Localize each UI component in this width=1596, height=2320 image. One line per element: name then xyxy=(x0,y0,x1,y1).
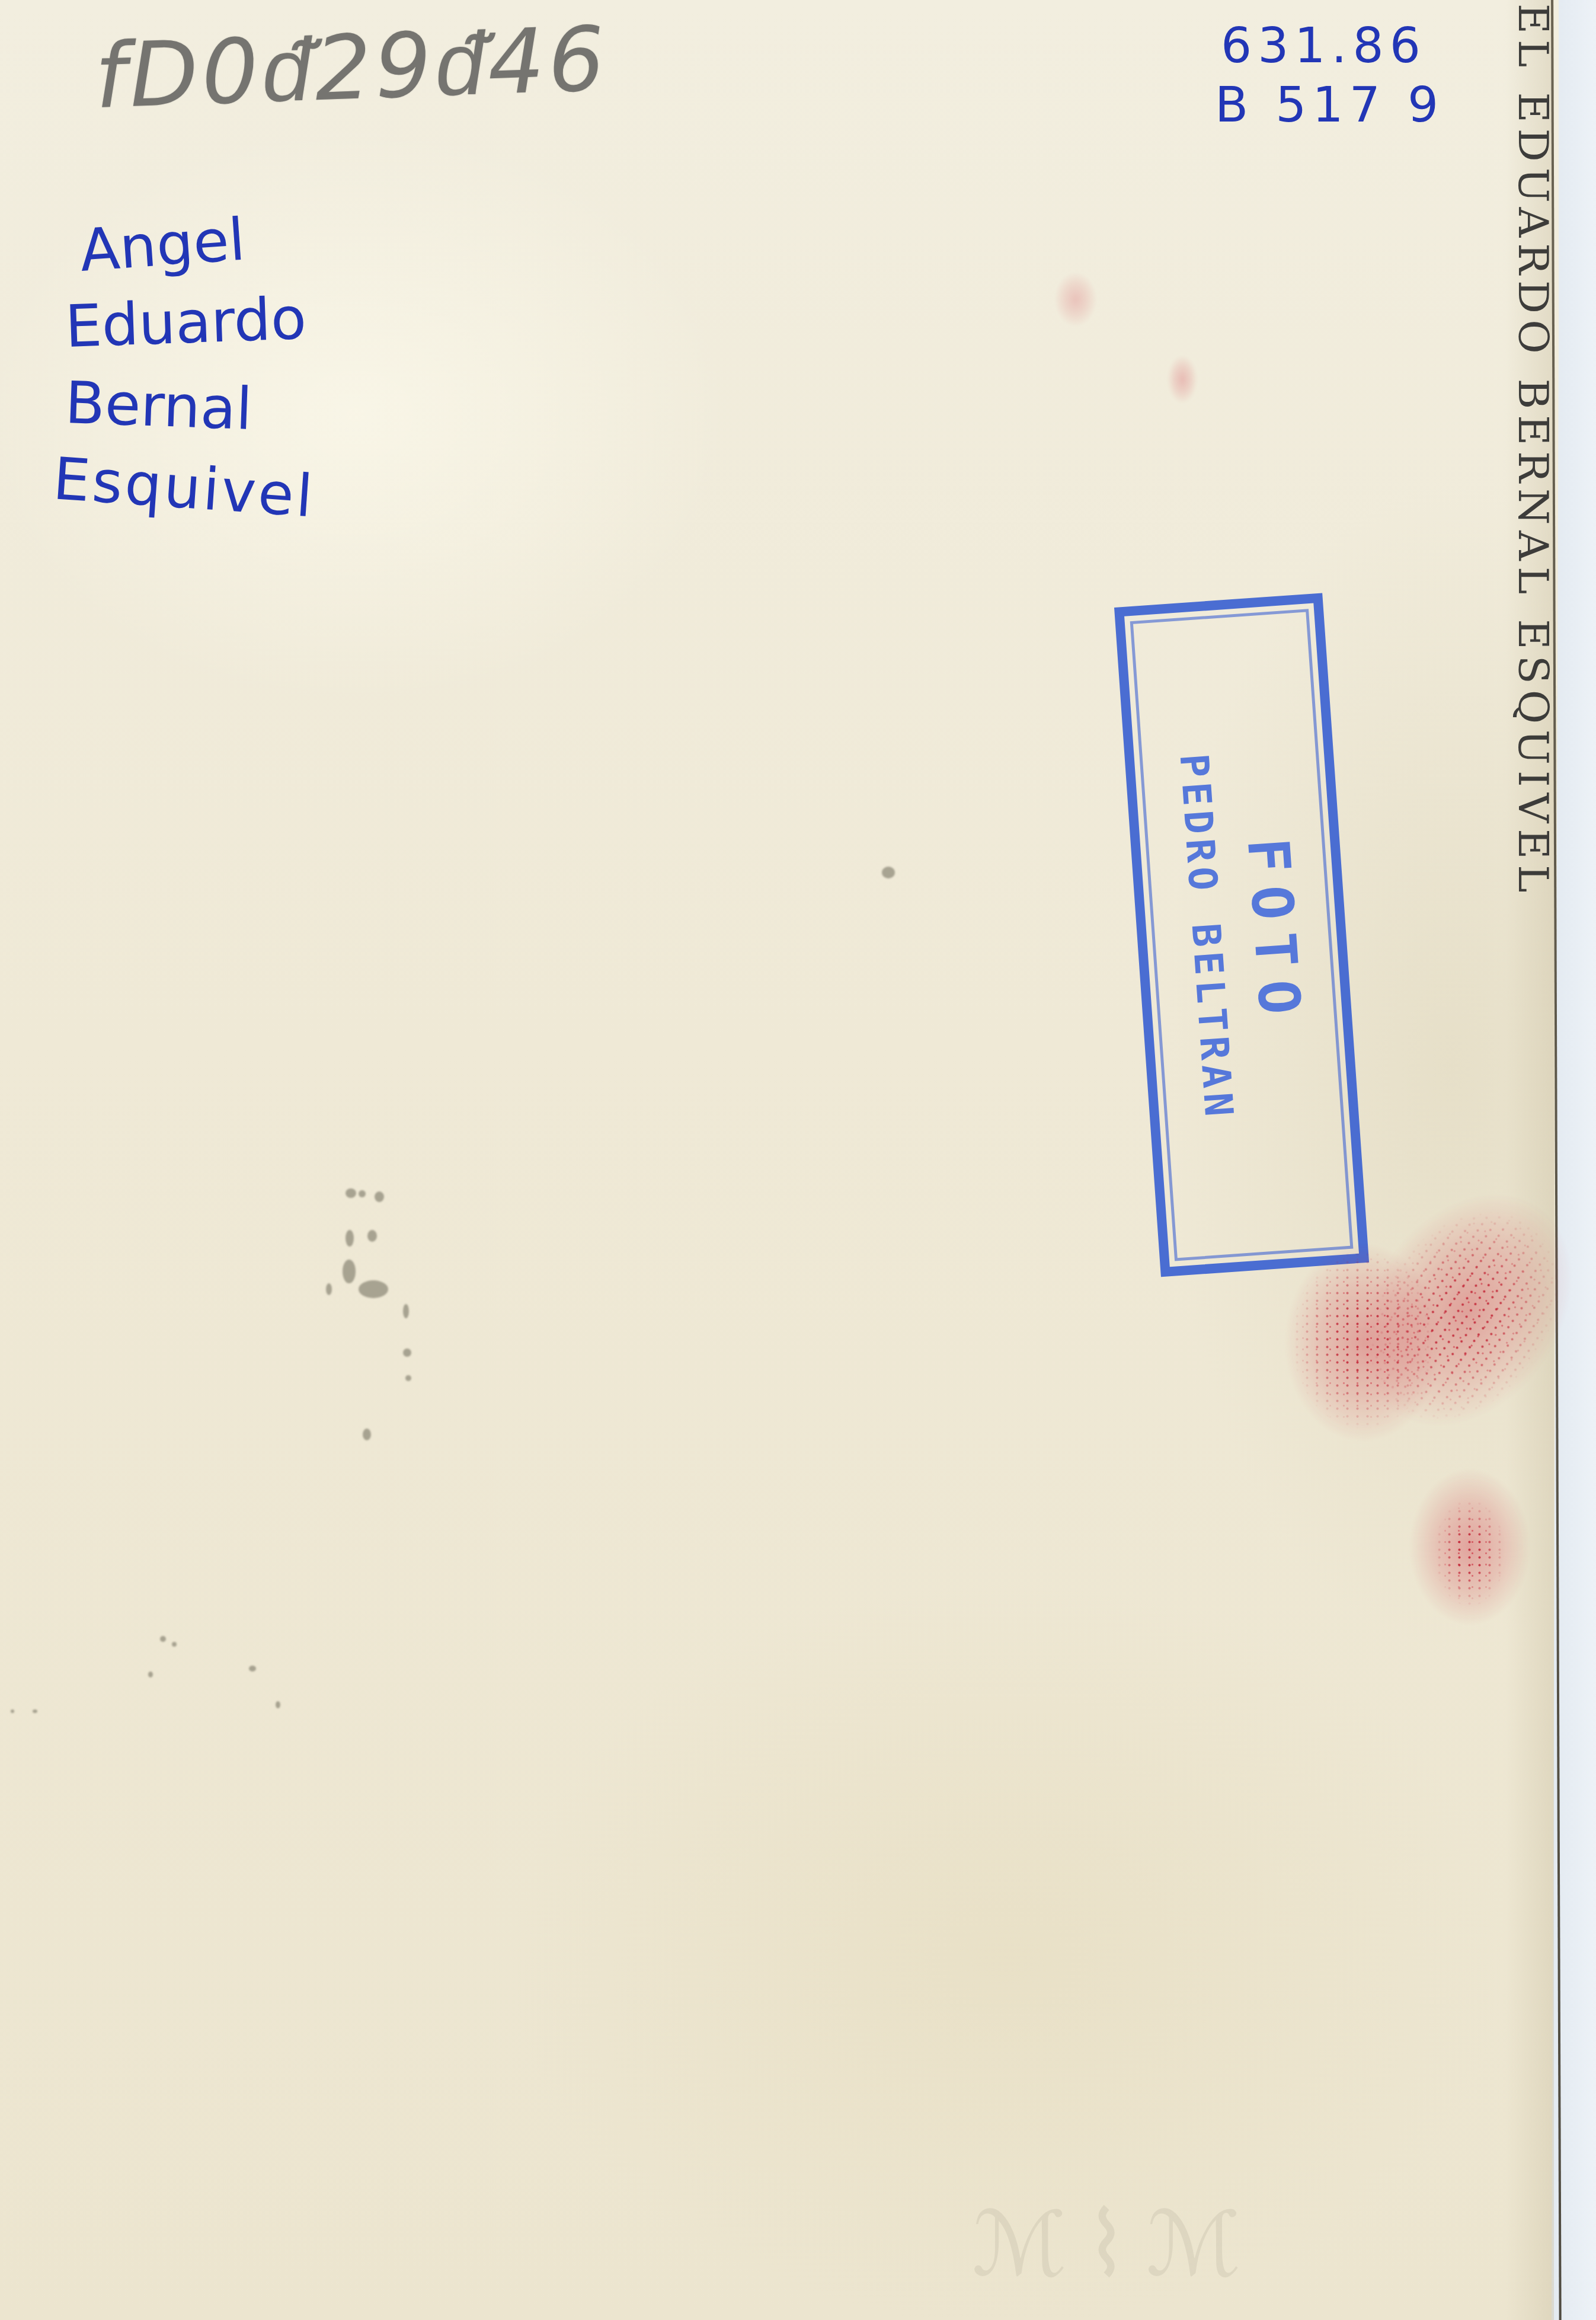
stain xyxy=(375,1191,384,1202)
pencil-catalog-number: fD0ᵭ29ᵭ46 xyxy=(93,8,610,129)
shelf-number-line-2: B 517 9 xyxy=(1215,76,1505,135)
stain xyxy=(276,1701,280,1708)
red-dots xyxy=(1434,1500,1505,1606)
stamp-text: FOTO PEDRO BELTRAN xyxy=(1161,747,1323,1123)
stain xyxy=(359,1280,388,1298)
stain xyxy=(148,1672,153,1677)
stain xyxy=(405,1375,411,1381)
stain xyxy=(343,1260,356,1283)
stain xyxy=(326,1283,332,1295)
stain xyxy=(359,1190,366,1197)
shelf-number: 631.86 B 517 9 xyxy=(1221,17,1505,135)
shelf-number-line-1: 631.86 xyxy=(1221,17,1505,76)
red-smudge xyxy=(1168,356,1197,403)
stain xyxy=(363,1429,371,1440)
name-line-surname-1: Bernal xyxy=(64,365,458,455)
stain xyxy=(346,1188,356,1198)
red-smudge xyxy=(1055,273,1096,326)
stain xyxy=(403,1348,411,1357)
faint-ghost-writing: ℳ⌇ℳ xyxy=(972,2193,1259,2296)
stain xyxy=(249,1666,256,1672)
name-line-middle: Eduardo xyxy=(64,276,458,365)
stain xyxy=(346,1230,354,1247)
stain xyxy=(882,867,895,878)
stain xyxy=(172,1642,177,1647)
stain xyxy=(160,1636,166,1642)
typed-caption: GEL EDUARDO BERNAL ESQUIVEL xyxy=(1509,0,1557,899)
stain xyxy=(33,1709,37,1713)
stain xyxy=(11,1709,14,1713)
stain xyxy=(403,1304,409,1318)
handwritten-name: Angel Eduardo Bernal Esquivel xyxy=(53,213,456,517)
stain xyxy=(367,1230,377,1242)
